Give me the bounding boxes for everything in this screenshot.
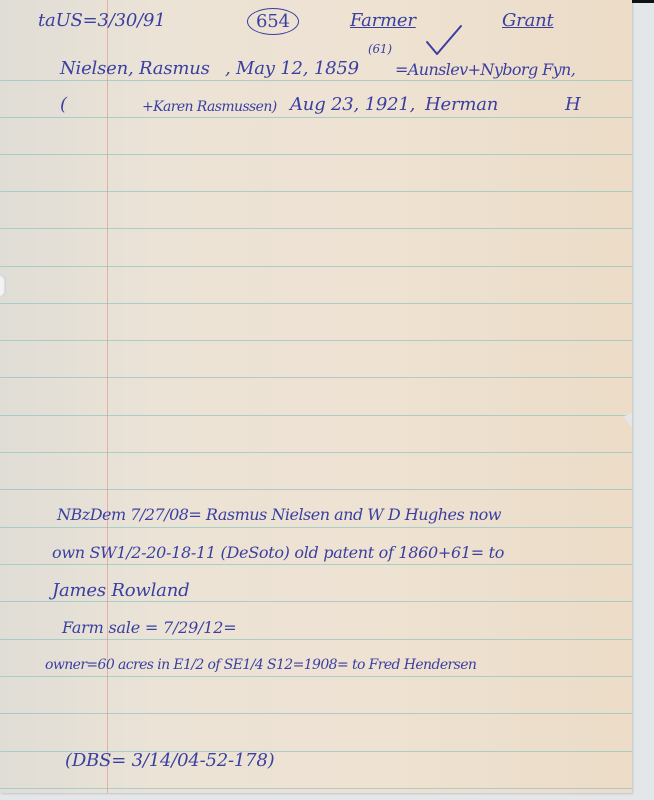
burial-place: Herman [425, 94, 498, 115]
rule-line [0, 452, 632, 453]
rule-line [0, 601, 632, 602]
rule-line [0, 527, 632, 528]
spouse-name: +Karen Rasmussen) [142, 99, 277, 115]
age-annotation: (61) [368, 42, 392, 56]
rule-line [0, 191, 632, 192]
rule-line [0, 117, 632, 118]
note-line-3: James Rowland [52, 580, 189, 601]
rule-line [0, 303, 632, 304]
burial-code: H [565, 94, 581, 115]
footer-reference: (DBS= 3/14/04-52-178) [65, 750, 274, 771]
rule-line [0, 639, 632, 640]
note-line-4: Farm sale = 7/29/12= [62, 618, 236, 637]
note-line-2: own SW1/2-20-18-11 (DeSoto) old patent o… [52, 543, 504, 562]
township: Grant [502, 10, 554, 31]
rule-line [0, 489, 632, 490]
rule-line [0, 788, 632, 789]
margin-line [107, 0, 108, 793]
occupation: Farmer [350, 10, 416, 31]
rule-line [0, 713, 632, 714]
lined-paper-page: taUS=3/30/91 654 Farmer Grant Nielsen, R… [0, 0, 632, 793]
census-reference: taUS=3/30/91 [38, 10, 166, 31]
rule-line [0, 154, 632, 155]
person-name: Nielsen, Rasmus [60, 58, 210, 79]
rule-line [0, 340, 632, 341]
check-mark-icon [425, 22, 463, 56]
death-date: Aug 23, 1921, [290, 94, 415, 115]
record-number: 654 [247, 8, 299, 35]
rule-line [0, 266, 632, 267]
rule-line [0, 676, 632, 677]
rule-line [0, 377, 632, 378]
note-line-1: NBzDem 7/27/08= Rasmus Nielsen and W D H… [57, 505, 501, 524]
birthplace: =Aunslev+Nyborg Fyn, [395, 60, 575, 79]
open-paren: ( [60, 94, 67, 115]
scanner-edge [632, 0, 654, 3]
punch-hole [0, 275, 6, 297]
rule-line [0, 228, 632, 229]
rule-line [0, 80, 632, 81]
rule-line [0, 415, 632, 416]
birth-date: , May 12, 1859 [225, 58, 359, 79]
note-line-5: owner=60 acres in E1/2 of SE1/4 S12=1908… [45, 657, 476, 673]
rule-line [0, 564, 632, 565]
